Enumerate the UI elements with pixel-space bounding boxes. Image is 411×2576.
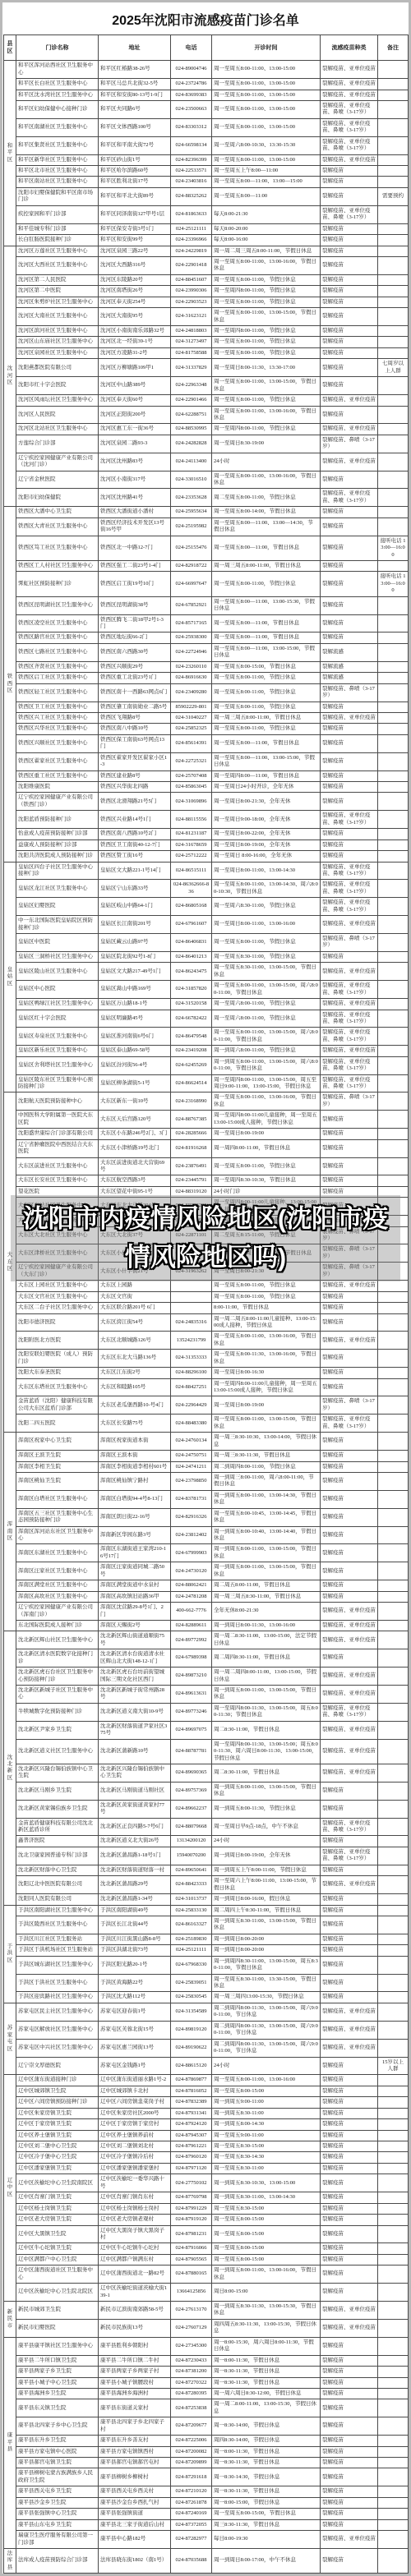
remark-cell xyxy=(378,424,409,435)
clinic-name-cell: 辽中区蒲西街道社区卫生服务中心 xyxy=(16,2265,99,2284)
address-cell: 大东区天后宫路120号 xyxy=(99,1111,171,1129)
clinic-name-cell: 沈阳大东泰圣医院 xyxy=(16,1368,99,1378)
clinic-name-cell: 铁西区大潘中心卫生院 xyxy=(16,507,99,517)
hours-cell: 周一到周五8:00-11:00、13:00-15:00，周六8:00-11:00… xyxy=(212,1056,321,1074)
phone-cell: 024-89819120 xyxy=(171,2021,212,2039)
vaccine-cell: 裂解疫苗、亚单位疫苗 xyxy=(321,916,378,934)
hours-cell: 周一到周五8:30-10:30、13:00-15:00 xyxy=(212,2174,321,2192)
vaccine-cell: 裂解疫苗、亚单位疫苗、鼻喷（3-17岁） xyxy=(321,205,378,223)
hours-cell: 周二周四8:30-11:00，节假日休息 xyxy=(212,1649,321,1667)
address-cell: 浑南区东湖街道王家湾210-16号17门 xyxy=(99,1544,171,1562)
clinic-name-cell: 中一东北国际医院皇姑院区预防接种门诊 xyxy=(16,916,99,934)
address-cell: 皇姑区宁山东路33号 xyxy=(99,880,171,898)
vaccine-cell: 裂解疫苗 xyxy=(321,2119,378,2130)
address-cell: 大东区江东街2号 xyxy=(99,1368,171,1378)
clinic-name-cell: 沈阳同人医院有限公司 xyxy=(16,1894,99,1905)
clinic-name-cell: 铁西区兴工社区卫生服务中心 xyxy=(16,712,99,723)
table-row: 沈北新区清水医院数字化接种门诊沈北新区清水台街道清水社区辉山北大街148-12-… xyxy=(4,1649,409,1667)
hours-cell: 周一至周五8:00-14:00，节假日休息 xyxy=(212,507,321,517)
address-cell: 沈北新区蒲昌路29号 xyxy=(99,1876,171,1894)
phone-cell: 024-25839051 xyxy=(171,1974,212,1992)
address-cell: 和平区和安街99号 xyxy=(99,235,171,246)
clinic-name-cell: 沈阳共济医院成人预防接种门诊 xyxy=(16,851,99,862)
clinic-name-cell: 于洪区南阳湖社区卫生服务中心 xyxy=(16,1905,99,1916)
table-row: 皇姑区鸭绿江社区卫生服务中心皇姑区万山路18-1号024-31520158周一至… xyxy=(4,999,409,1010)
table-row: 沈河区泉园社区卫生服务中心沈河区方凌路31-2号024-81758588周一至周… xyxy=(4,347,409,358)
phone-cell: 024-23724786 xyxy=(171,79,212,90)
phone-cell: 024-87931341 xyxy=(171,2108,212,2118)
clinic-name-cell: 沈河区第二人民医院 xyxy=(16,274,99,285)
phone-cell: 024-33016510 xyxy=(171,471,212,489)
address-cell: 沈河区方凌路31-2号 xyxy=(99,347,171,358)
address-cell: 铁西区重工北街23号1门 xyxy=(99,673,171,683)
clinic-name-cell: 和平区南湖社区卫生服务中心 xyxy=(16,118,99,136)
vaccine-cell: 裂解疫苗 xyxy=(321,308,378,326)
address-cell: 辽中区杨士岗镇杨士岗村 xyxy=(99,2203,171,2214)
phone-cell: 024-24835316 xyxy=(171,1313,212,1332)
table-row: 疾控家园和平门诊部和平区同泽南街127甲号1层024-81863633每天8:0… xyxy=(4,205,409,223)
remark-cell xyxy=(378,1580,409,1591)
table-row: 辽中区于家房镇卫生院辽中区于家房镇于家房村024-87924120周一到周五8:… xyxy=(4,2119,409,2130)
address-cell: 沈河区万柳塘路109甲1 xyxy=(99,359,171,377)
vaccine-cell: 裂解疫苗 xyxy=(321,2086,378,2096)
table-row: 辽中区潘家堡镇卫生院辽中区潘家堡镇潘家堡村024-87971120周一至周五8:… xyxy=(4,2163,409,2173)
vaccine-cell: 裂解疫苗、亚单位疫苗 xyxy=(321,424,378,435)
clinic-name-cell: 辽中区养士堡镇卫生院 xyxy=(16,2130,99,2141)
address-cell: 辽中区茨榆坨街道茨榆大街139-1 xyxy=(99,2284,171,2302)
hours-cell: 周一至周五8:00-11:30、13:00-16:00，节假日休息 xyxy=(212,1350,321,1368)
remark-cell xyxy=(378,166,409,177)
address-cell: 浑南区白塔街94-4号8-13门 xyxy=(99,1490,171,1508)
remark-cell xyxy=(378,1631,409,1649)
clinic-name-cell: 铁西区七路社区卫生服务中心 xyxy=(16,643,99,661)
table-row: 和平区北市社区卫生服务中心和平区哈尔滨路60号024-22533571周一至周五… xyxy=(4,166,409,177)
remark-cell xyxy=(378,2519,409,2530)
address-cell: 和平区胜利北街17号 xyxy=(99,177,171,187)
remark-cell xyxy=(378,2284,409,2302)
phone-cell: 024-87919120 xyxy=(171,2215,212,2225)
phone-cell: 024-31013737 xyxy=(171,1894,212,1905)
phone-cell: 024-81863633 xyxy=(171,205,212,223)
clinic-name-cell: 沈北新区黄家锡伯族乡卫生院 xyxy=(16,1800,99,1818)
address-cell: 康平县张强镇街道 xyxy=(99,2509,171,2519)
remark-cell xyxy=(378,1905,409,1916)
phone-cell: 024-87261878 xyxy=(171,2497,212,2508)
hours-cell: 周一8:00-15:00，节假日休息 xyxy=(212,2497,321,2508)
clinic-name-cell: 沈阳市红十字会医院 xyxy=(16,377,99,395)
table-row: 怡意成人疫苗预防接种门诊部铁西区南八西路10号2门024-81231187周一至… xyxy=(4,829,409,839)
hours-cell: 周一至周五8:00-10:45、13:00-14:45，节假日休息 xyxy=(212,1508,321,1526)
hours-cell: 周一周三8:30-11:30，节假日休息 xyxy=(212,1451,321,1461)
vaccine-cell: 裂解疫苗、亚单位疫苗、鼻喷（3-17岁） xyxy=(321,898,378,916)
table-row: 和平区沈水湾社区卫生服务中心和平区和安街80-13号1-9门024-836993… xyxy=(4,90,409,100)
hours-cell: 周一周三8:30-10:30、13:00-14:00，节假日休息 xyxy=(212,1433,321,1451)
remark-cell xyxy=(378,1603,409,1621)
vaccine-cell: 裂解疫苗 xyxy=(321,1508,378,1526)
table-row: 康平县沙金乡卫生院康平县沙金台乡西扎气村024-87261878周一8:00-1… xyxy=(4,2497,409,2508)
clinic-name-cell: 沈阳附医北方医院 xyxy=(16,1332,99,1350)
hours-cell: 周一至周五8:00—11:00、13:00-15:30，节假日休息 xyxy=(212,596,321,614)
table-header: 县区门诊名称地址电话开诊时间流感疫苗种类备注 xyxy=(4,35,409,61)
hours-cell: 周一至周四8:00-11:00、13:00-15:00，周五至周日9:00-11… xyxy=(212,1074,321,1092)
district-cell: 沈河区 xyxy=(4,246,16,507)
remark-cell xyxy=(378,683,409,701)
address-cell: 沈北新区兴隆台锡伯族镇中心卫生院 xyxy=(99,1764,171,1782)
clinic-name-cell: 辽中区冷子堡中心卫生院 xyxy=(16,2152,99,2163)
hours-cell: 周一至周四8:00-11:00，节假日休息 xyxy=(212,424,321,435)
vaccine-cell: 裂解疫苗、亚单位疫苗、鼻喷（3-17岁） xyxy=(321,118,378,136)
hours-cell: 周一到周五8:00-11:00、13:00-14:30，节假日休息 xyxy=(212,1490,321,1508)
remark-cell xyxy=(378,2119,409,2130)
address-cell: 沈河区南塔街26号 xyxy=(99,286,171,297)
clinic-name-cell: 铁西区凌空社区卫生服务中心 xyxy=(16,614,99,632)
hours-cell: 周一至周五8:00-11:00，节假日休息 xyxy=(212,274,321,285)
vaccine-cell: 裂解疫苗 xyxy=(321,2458,378,2468)
table-row: 浑南区五三社区卫生服务中心生态园预防接种门诊浑南区朗日街22-16号024-82… xyxy=(4,1508,409,1526)
hours-cell: 周一8:00-15:30，周六周日8:00-11:30，节假日休息 xyxy=(212,2337,321,2355)
address-cell: 辽中区朱家房社区2000号 xyxy=(99,2108,171,2118)
vaccine-cell: 裂解疫苗、亚单位疫苗、鼻喷（3-17岁） xyxy=(321,1074,378,1092)
address-cell: 辽中区六间房镇韭菜岗子村 xyxy=(99,2097,171,2108)
address-cell: 沈北新区蒲昌路1-34号 xyxy=(99,1894,171,1905)
address-cell: 皇姑区文大路217-49号1门 xyxy=(99,963,171,981)
phone-cell: 024-23353628 xyxy=(171,489,212,507)
remark-cell xyxy=(378,1782,409,1800)
vaccine-cell: 裂解疫苗 xyxy=(321,1139,378,1157)
table-row: 沈阳蓝盾预防接种门诊铁西区兴业路14号1门024-88115556周一至周日9:… xyxy=(4,811,409,829)
remark-cell xyxy=(378,1847,409,1865)
phone-cell: 024-85717165 xyxy=(171,614,212,632)
vaccine-cell: 裂解疫苗 xyxy=(321,2399,378,2417)
clinic-name-cell: 铁西区翟家社区卫生服务中心 xyxy=(16,752,99,770)
hours-cell: 周一至周五8:00-11:00，节假日休息 xyxy=(212,701,321,712)
vaccine-cell: 裂解疫苗 xyxy=(321,1313,378,1332)
table-row: 新民市妇婴医院新民市民族街13号024-27607129周四周五8:30-11:… xyxy=(4,2319,409,2337)
hours-cell: 周一到周五8:30-11:00、13:00-14:30 xyxy=(212,2192,321,2203)
table-row: 辽中区牛心坨镇卫生院辽中区牛心坨镇牛心坨村024-87916066周一至周五8:… xyxy=(4,2243,409,2254)
phone-cell: 024-87035688 xyxy=(171,2548,212,2573)
hours-cell: 8:00-11:00，节假日休息 xyxy=(212,1303,321,1313)
phone-cell: 024-89662237 xyxy=(171,1800,212,1818)
vaccine-cell: 裂解疫苗 xyxy=(321,2446,378,2457)
address-cell: 沈河区泉园三路22号 xyxy=(99,246,171,256)
hours-cell: 周一到周五8:00-11:00、13:00-15:00，节假日休息 xyxy=(212,1782,321,1800)
vaccine-cell: 裂解疫苗 xyxy=(321,1800,378,1818)
clinic-name-cell: 皇姑区舍利塔社区卫生服务中心 xyxy=(16,1056,99,1074)
hours-cell: 周一至周四8:00-11:30、13:00-15:00，周五8:00-11:30… xyxy=(212,1703,321,1721)
address-cell: 沈北新区道义南大街10-9号 xyxy=(99,1703,171,1721)
clinic-name-cell: 铁西区齐贤社区卫生服务中心 xyxy=(16,661,99,672)
clinic-name-cell: 皇姑区四台子社区卫生服务中心接种门诊 xyxy=(16,862,99,880)
vaccine-cell: 裂解疫苗 xyxy=(321,1451,378,1461)
hours-cell: 周一至周五8:00-11:00、13:00-15:00，节假日休息 xyxy=(212,1414,321,1433)
address-cell: 铁西区卫工南街40-12-7门 xyxy=(99,839,171,850)
hours-cell: 周一至周五8:00-15:00 xyxy=(212,2254,321,2265)
vaccine-cell: 裂解疫苗 xyxy=(321,851,378,862)
remark-cell xyxy=(378,673,409,683)
vaccine-cell: 裂解疫苗、亚单位疫苗 xyxy=(321,2531,378,2549)
vaccine-cell: 裂解疫苗 xyxy=(321,1544,378,1562)
phone-cell: 024-31337829 xyxy=(171,359,212,377)
remark-cell xyxy=(378,1092,409,1111)
remark-cell xyxy=(378,1046,409,1056)
clinic-name-cell: 沈河区万莲社区卫生服务中心 xyxy=(16,246,99,256)
watermark-overlay-text: 沈阳市内疫情风险地区(沈阳市疫情风险地区吗) xyxy=(11,1195,400,1281)
hours-cell: 周一至周日8:00-19:00 xyxy=(212,1129,321,1139)
address-cell: 康平县中心路182号 xyxy=(99,2531,171,2549)
table-row: 苏家屯区中兴社区卫生服务中心苏家屯区惠兰园街13号024-89190622周二到… xyxy=(4,2039,409,2057)
vaccine-cell: 裂解疫苗 xyxy=(321,2355,378,2366)
address-cell: 辽中区刘二堡镇刘北村 xyxy=(99,2141,171,2152)
address-cell: 沈北新区蒲昌路1-18号1门 xyxy=(99,1847,171,1865)
table-row: 辽宁省肿瘤医院中西医结合大东医院大东区小津桥路19号北门024-81916268… xyxy=(4,1139,409,1157)
table-row: 铁西区笃工社区卫生服务中心铁西区北一中路12-7门024-25155476周一至… xyxy=(4,536,409,560)
vaccine-cell: 裂解疫苗、亚单位疫苗 xyxy=(321,999,378,1010)
remark-cell xyxy=(378,2215,409,2225)
hours-cell: 周一周二周五8:00-11:00儿童接种、13:00-15:00成人接种，节假日… xyxy=(212,1313,321,1332)
phone-cell: 024-87971120 xyxy=(171,2163,212,2173)
clinic-name-cell: 浑南区浑河站东社区卫生服务中心 xyxy=(16,1526,99,1544)
vaccine-cell: 裂解流感 xyxy=(321,643,378,661)
district-cell: 于洪区 xyxy=(4,1905,16,2003)
vaccine-cell: 裂解疫苗 xyxy=(321,471,378,489)
phone-cell: 024-89873210 xyxy=(171,1667,212,1686)
remark-cell xyxy=(378,2265,409,2284)
vaccine-cell: 裂解疫苗、亚单位疫苗、鼻喷（3-17岁） xyxy=(321,136,378,154)
clinic-name-cell: 皇姑区中心医院 xyxy=(16,981,99,999)
hours-cell: 周一至周五8:00-11:00、13:00-16:00，节假日休息 xyxy=(212,256,321,274)
remark-cell xyxy=(378,308,409,326)
hours-cell: 周一到周五8:30-11:30、13:00-15:30，节假日休息 xyxy=(212,2302,321,2320)
phone-cell: 024-23798850 xyxy=(171,1472,212,1490)
hours-cell: 周一至周五8:00-15:00 xyxy=(212,2243,321,2254)
phone-cell: 024-87905565 xyxy=(171,2254,212,2265)
table-row: 沈阳市妇婴保健院和平区南市场门诊和平区和平北大街89号024-88325262周… xyxy=(4,187,409,205)
clinic-name-cell: 辽宁崇文厚德医院 xyxy=(16,2057,99,2075)
phone-cell: 024-87816052 xyxy=(171,2086,212,2096)
vaccine-cell: 裂解疫苗 xyxy=(321,297,378,307)
hours-cell: 周一到周五8:30-11:00 xyxy=(212,2108,321,2118)
hours-cell: 周一至周五8:00-15:00 xyxy=(212,2215,321,2225)
clinic-name-cell: 于洪区迎宾路社区卫生服务中心 xyxy=(16,1992,99,2003)
address-cell: 铁西区南十一西路63网点6门 xyxy=(99,683,171,701)
hours-cell: 周一到周五8:00-14:30 xyxy=(212,2119,321,2130)
clinic-name-cell: 和平佳城专科门诊部 xyxy=(16,223,99,234)
address-cell: 沈河区泉园二路93-3 xyxy=(99,435,171,453)
clinic-name-cell: 皇姑区新乐社区卫生服务中心 xyxy=(16,1046,99,1056)
phone-cell: 024-23419208 xyxy=(171,1046,212,1056)
address-cell: 沈河区沈州路41号 xyxy=(99,489,171,507)
address-cell: 辽中区茨榆坨一委华兴路十号 xyxy=(99,2174,171,2192)
address-cell: 沈河区奉天街60号 xyxy=(99,395,171,406)
remark-cell xyxy=(378,724,409,734)
table-row: 和平区集贤社区卫生服务中心和平区和平南大街72号024-66598134周一至周… xyxy=(4,136,409,154)
clinic-name-cell: 法库成人疫苗预防综合门诊部 xyxy=(16,2548,99,2573)
table-body: 和平区和平区浑河站西社区卫生服务中心和平区红椿路38-26号024-890047… xyxy=(4,61,409,2574)
vaccine-cell: 裂解疫苗、亚单位疫苗 xyxy=(321,712,378,723)
remark-cell xyxy=(378,752,409,770)
clinic-name-cell: 浑南区桃仙卫生院 xyxy=(16,1472,99,1490)
table-row: 沈阳燕都医院有限公司沈河区万柳塘路109甲1024-31337829周一至周日8… xyxy=(4,359,409,377)
clinic-name-cell: 沈河区风雨坛社区卫生服务中心 xyxy=(16,395,99,406)
vaccine-cell: 裂解疫苗、亚单位疫苗 xyxy=(321,1332,378,1350)
table-row: 康平县两家子乡卫生院康平县两家子乡两家子村024-87381200周一8:30-… xyxy=(4,2367,409,2377)
vaccine-cell: 裂解疫苗、亚单位疫苗、鼻喷（3-17岁） xyxy=(321,1847,378,1865)
address-cell: 沈河区惠工东一街36号 xyxy=(99,424,171,435)
phone-cell: 024-25830545 xyxy=(171,1992,212,2003)
clinic-name-cell: 铁西区轻工社区卫生服务中心 xyxy=(16,683,99,701)
phone-cell: 024-25121111 xyxy=(171,1945,212,1956)
table-row: 沈阳市红十字会医院沈河区中山路389号024-22963348周一至周五8:00… xyxy=(4,377,409,395)
table-row: 铁西区大青社区卫生服务中心铁西区经济技术开发区13号街16号甲024-25195… xyxy=(4,517,409,536)
vaccine-cell: 裂解疫苗 xyxy=(321,1865,378,1875)
remark-cell xyxy=(378,1894,409,1905)
phone-cell: 024-31623121 xyxy=(171,308,212,326)
clinic-name-cell: 康平县沙金乡卫生院 xyxy=(16,2497,99,2508)
vaccine-cell: 裂解疫苗、亚单位疫苗、鼻喷（3-17岁） xyxy=(321,1010,378,1028)
hours-cell: 周一至周五8:00—11:00、13:00-15:00，节假日休息 xyxy=(212,752,321,770)
table-row: 浑南区满堂社区卫生服务中心浑南区满堂街道中水泉村024-88062421周二周五… xyxy=(4,1580,409,1591)
hours-cell: 周一至周四8:00-11:00，节假日休息 xyxy=(212,326,321,337)
phone-cell: 024-88767385 xyxy=(171,1111,212,1129)
address-cell: 铁西区赞工街16号 xyxy=(99,851,171,862)
address-cell: 铁西区北滑翔路21号5门 xyxy=(99,793,171,811)
vaccine-cell: 裂解疫苗、亚单位疫苗、鼻喷（3-17岁） xyxy=(321,1056,378,1074)
address-cell: 和平区红椿路38-26号 xyxy=(99,61,171,79)
phone-cell: 024-85863045 xyxy=(171,782,212,793)
district-cell: 沈北新区 xyxy=(4,1631,16,1905)
clinic-name-cell: 辽宁省肿瘤医院中西医结合大东医院 xyxy=(16,1139,99,1157)
hours-cell: 周二8:30-11:00，节假日休息 xyxy=(212,1721,321,1739)
vaccine-cell: 裂解疫苗 xyxy=(321,1894,378,1905)
clinic-name-cell: 辽中区刘二堡中心卫生院 xyxy=(16,2141,99,2152)
remark-cell xyxy=(378,1945,409,1956)
hours-cell: 周一至周五8:30-15:00 xyxy=(212,2141,321,2152)
clinic-name-cell: 沈阳市德济医院 xyxy=(16,1313,99,1332)
address-cell: 沈北新区新城子街常州路28号 xyxy=(99,1686,171,1704)
address-cell: 辽中区城郊镇卡北村 xyxy=(99,2086,171,2096)
vaccine-cell: 裂解疫苗、亚单位疫苗 xyxy=(321,1603,378,1621)
table-row: 于洪区于洪社区卫生服务中心于洪区黄海路22号024-25839051周一至周五8… xyxy=(4,1974,409,1992)
hours-cell: 周一到周日8:00-19:00，全年无休 xyxy=(212,1847,321,1865)
remark-cell xyxy=(378,963,409,981)
table-row: 皇姑区寿泉社区卫生服务中心皇姑区淮河南街6号6门024-86479548周一至周… xyxy=(4,1028,409,1046)
clinic-name-cell: 辽宁疾控家园健康产业有限公司（浑南门诊） xyxy=(16,1603,99,1621)
hours-cell: 周二到周四8:00-11:30、13:00-15:00、周六9:00-11:00… xyxy=(212,2003,321,2021)
phone-cell: 024-23812402 xyxy=(171,1526,212,1544)
vaccine-cell: 裂解疫苗、亚单位疫苗 xyxy=(321,395,378,406)
vaccine-cell: 裂解疫苗、鼻喷（3-17岁） xyxy=(321,934,378,952)
clinic-name-cell: 于洪区陵西社区卫生服务中心 xyxy=(16,1916,99,1934)
address-cell: 沈河区大南街95号 xyxy=(99,308,171,326)
table-row: 辽宁疾控家园健康产业有限公司（浑南门诊）浑南区沈营路29-8号1门、2门400-… xyxy=(4,1603,409,1621)
vaccine-cell: 裂解疫苗、亚单位疫苗 xyxy=(321,1667,378,1686)
clinic-name-cell: 康平县东关镇卫生院 xyxy=(16,2399,99,2417)
clinic-name-cell: 浑南区满堂社区卫生服务中心 xyxy=(16,1580,99,1591)
remark-cell xyxy=(378,235,409,246)
table-row: 沈河区朱剪炉社区卫生服务中心沈河区奉天街254号024-22903523周一至周… xyxy=(4,297,409,307)
remark-cell xyxy=(378,1865,409,1875)
remark-cell xyxy=(378,2458,409,2468)
vaccine-cell: 裂解疫苗、亚单位疫苗 xyxy=(321,2039,378,2057)
hours-cell: 周一至周四8:00-11:30、13:00-15:00；周五8:00-11:30… xyxy=(212,1739,321,1764)
vaccine-cell: 裂解疫苗 xyxy=(321,187,378,205)
address-cell: 浑南区王滨本街 xyxy=(99,1451,171,1461)
clinic-name-cell: 辽中区于家房镇卫生院 xyxy=(16,2119,99,2130)
vaccine-cell: 裂解疫苗 xyxy=(321,1526,378,1544)
vaccine-cell: 裂解疫苗 xyxy=(321,1461,378,1472)
remark-cell xyxy=(378,701,409,712)
phone-cell: 024-62455269 xyxy=(171,1056,212,1074)
table-row: 辽中区杨士岗镇卫生院辽中区杨士岗镇杨士岗村024-87991229周一至周五8:… xyxy=(4,2203,409,2214)
clinic-name-cell: 铁西区重工社区卫生服务中心 xyxy=(16,770,99,781)
vaccine-cell: 裂解疫苗、亚单位疫苗、鼻喷（3-17岁） xyxy=(321,1703,378,1721)
address-cell: 浑南区沈营路29-8号1门、2门 xyxy=(99,1603,171,1621)
clinic-name-cell: 中国医科大学附属第一医院大东区院 xyxy=(16,1111,99,1129)
clinic-name-cell: 辽中区老大房镇卫生院 xyxy=(16,2215,99,2225)
vaccine-cell: 裂解疫苗 xyxy=(321,2057,378,2075)
clinic-name-cell: 康平县郝官屯镇卫生院 xyxy=(16,2458,99,2468)
remark-cell xyxy=(378,1934,409,1944)
vaccine-cell: 裂解疫苗 xyxy=(321,2075,378,2086)
address-cell: 铁西区飞翔路8号 xyxy=(99,712,171,723)
remark-cell xyxy=(378,2203,409,2214)
clinic-name-cell: 浑南区白塔社区卫生服务中心 xyxy=(16,1490,99,1508)
phone-cell: 024-31520158 xyxy=(171,999,212,1010)
clinic-name-cell: 和平区妇幼保健中心接种门诊 xyxy=(16,100,99,118)
phone-cell: 024-87916066 xyxy=(171,2243,212,2254)
remark-cell xyxy=(378,734,409,752)
phone-cell: 024-22724946 xyxy=(171,643,212,661)
remark-cell xyxy=(378,1350,409,1368)
phone-cell: 024-89004746 xyxy=(171,61,212,79)
hours-cell: 周一到周三8:00-11:00，周六8:00-11:00，节假日休息 xyxy=(212,1472,321,1490)
address-cell: 和平区保安寺街3号1门 xyxy=(99,223,171,234)
vaccine-cell: 裂解疫苗 xyxy=(321,1945,378,1956)
remark-cell xyxy=(378,1876,409,1894)
clinic-name-cell: 铁西区兴顺社区卫生服务中心 xyxy=(16,734,99,752)
vaccine-cell: 裂解疫苗 xyxy=(321,536,378,560)
hours-cell: 周二周四上午8:30-11:00，节假日休息 xyxy=(212,1905,321,1916)
address-cell: 沈河区大西路316号 xyxy=(99,256,171,274)
phone-cell: 024-86479548 xyxy=(171,1028,212,1046)
hours-cell: 周一8:30-14:30，节假日休息 xyxy=(212,2468,321,2486)
hours-cell: 周一至周四8:00-11:00儿童接种，周一至周五13:00-15:00成人接种… xyxy=(212,1378,321,1396)
table-row: 铁西区铁西区大潘中心卫生院铁西区大潘街道小潘村024-25955634周一至周五… xyxy=(4,507,409,517)
clinic-name-cell: 苏家屯区中兴社区卫生服务中心 xyxy=(16,2039,99,2057)
address-cell: 铁西区南八西路10号2门 xyxy=(99,829,171,839)
address-cell: 大东区滂江街54号 xyxy=(99,1313,171,1332)
phone-cell: 024-23260110 xyxy=(171,661,212,672)
table-row: 康平县东关镇卫生院康平县东街道关家村024-87253838周一周二8:00-1… xyxy=(4,2399,409,2417)
hours-cell: 周一到周日8:00-17:00，中午不休息 xyxy=(212,2548,321,2573)
hours-cell: 周一到周五8:00-11:00、13:00-15:00，节假日休息 xyxy=(212,1562,321,1580)
column-header-2: 地址 xyxy=(99,35,171,61)
hours-cell: 周一至周五8:00-11:00、13:00-14:30、周六8:00-10:30… xyxy=(212,880,321,898)
vaccine-cell: 裂解疫苗 xyxy=(321,2108,378,2118)
table-row: 康平县海洲乡卫生院康平县海洲乡海洲村024-87280395周一周六周日8:30… xyxy=(4,2388,409,2399)
address-cell: 沈北新区道义北大街26号 xyxy=(99,1836,171,1847)
clinic-name-cell: 金苗蓝盾健康科技有限公司沈北新区蓝盾诊所 xyxy=(16,1818,99,1836)
hours-cell: 周一至周四8:00-11:00，节假日休息 xyxy=(212,286,321,297)
remark-cell xyxy=(378,2075,409,2086)
vaccine-cell: 裂解疫苗 xyxy=(321,2509,378,2519)
address-cell: 铁西区经济技术开发区13号街16号甲 xyxy=(99,517,171,536)
remark-cell xyxy=(378,1703,409,1721)
table-row: 辽中区茨榆坨中心卫生院南院区辽中区茨榆坨一委华兴路十号024-27750102周… xyxy=(4,2174,409,2192)
table-row: 铁西区齐贤社区卫生服务中心铁西区兴顺街29号024-23260110周一至周五8… xyxy=(4,661,409,672)
table-row: 皇姑区三洞桥社区卫生服务中心皇姑区院北街92号1-8门024-86401213周… xyxy=(4,951,409,962)
